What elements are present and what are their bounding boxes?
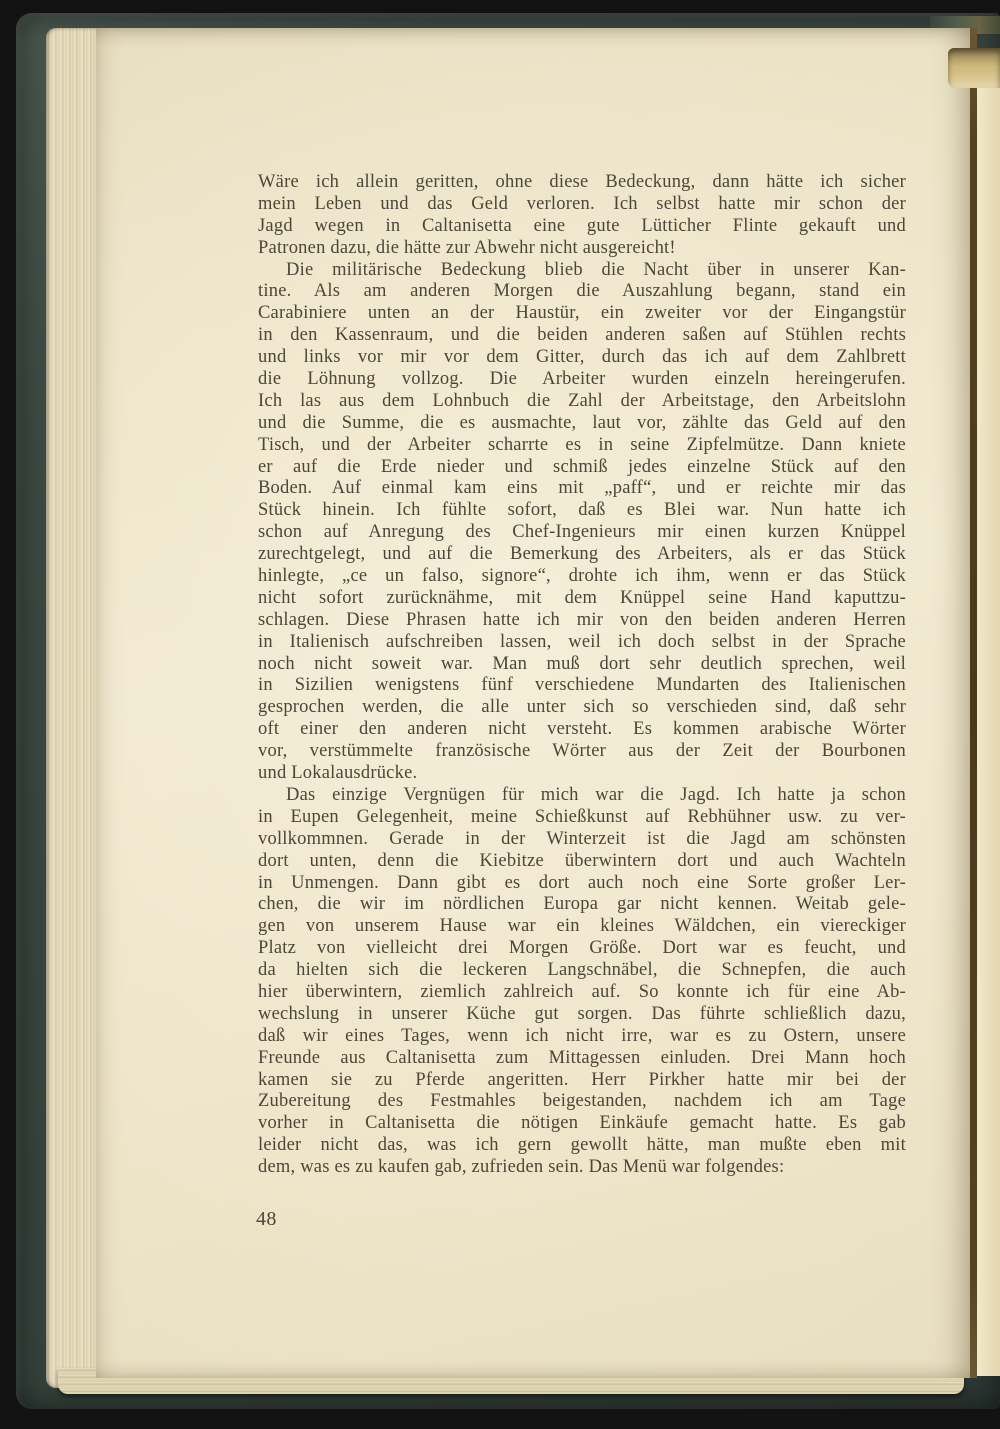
text-line: Das einzige Vergnügen für mich war die J… xyxy=(258,785,906,807)
text-line: Tisch, und der Arbeiter scharrte es in s… xyxy=(258,435,906,457)
screenshot-root: { "book": { "cover_color": "#3d4a43", "p… xyxy=(0,0,1000,1429)
text-line: leider nicht das, was ich gern gewollt h… xyxy=(258,1135,906,1157)
text-line: Wäre ich allein geritten, ohne diese Bed… xyxy=(258,172,906,194)
paragraph: Die militärische Bedeckung blieb die Nac… xyxy=(258,260,906,785)
paragraph: Das einzige Vergnügen für mich war die J… xyxy=(258,785,906,1179)
text-line: Zubereitung des Festmahles beigestanden,… xyxy=(258,1091,906,1113)
page-edges-left xyxy=(46,28,102,1388)
text-line: in den Kassenraum, und die beiden andere… xyxy=(258,325,906,347)
book-page: Wäre ich allein geritten, ohne diese Bed… xyxy=(96,28,973,1378)
gutter-shadow xyxy=(970,28,977,1378)
text-line: vollkommnen. Gerade in der Winterzeit is… xyxy=(258,829,906,851)
text-line: Die militärische Bedeckung blieb die Nac… xyxy=(258,260,906,282)
text-line: hinlegte, „ce un falso, signore“, drohte… xyxy=(258,566,906,588)
text-line: Freunde aus Caltanisetta zum Mittagessen… xyxy=(258,1048,906,1070)
paragraph: Wäre ich allein geritten, ohne diese Bed… xyxy=(258,172,906,260)
text-line: Jagd wegen in Caltanisetta eine gute Lüt… xyxy=(258,216,906,238)
text-line: Boden. Auf einmal kam eins mit „paff“, u… xyxy=(258,478,906,500)
facing-page-sliver xyxy=(977,84,1000,1376)
text-line: die Löhnung vollzog. Die Arbeiter wurden… xyxy=(258,369,906,391)
text-line: vor, verstümmelte französische Wörter au… xyxy=(258,741,906,763)
scanned-book-photo: Wäre ich allein geritten, ohne diese Bed… xyxy=(0,0,1000,1429)
text-line: tine. Als am anderen Morgen die Auszahlu… xyxy=(258,281,906,303)
text-line: Ich las aus dem Lohnbuch die Zahl der Ar… xyxy=(258,391,906,413)
text-line: da hielten sich die leckeren Langschnäbe… xyxy=(258,960,906,982)
text-line: zurechtgelegt, und auf die Bemerkung des… xyxy=(258,544,906,566)
page-number: 48 xyxy=(256,1208,277,1231)
text-line: daß wir eines Tages, wenn ich nicht irre… xyxy=(258,1026,906,1048)
text-line: oft einer den anderen nicht versteht. Es… xyxy=(258,719,906,741)
text-line: vorher in Caltanisetta die nötigen Einkä… xyxy=(258,1113,906,1135)
text-line: Stück hinein. Ich fühlte sofort, daß es … xyxy=(258,500,906,522)
text-line: schlagen. Diese Phrasen hatte ich mir vo… xyxy=(258,610,906,632)
text-line: dort unten, denn die Kiebitze überwinter… xyxy=(258,851,906,873)
text-line: in Unmengen. Dann gibt es dort auch noch… xyxy=(258,873,906,895)
text-line: Patronen dazu, die hätte zur Abwehr nich… xyxy=(258,238,906,260)
text-line: kamen sie zu Pferde angeritten. Herr Pir… xyxy=(258,1070,906,1092)
text-line: hier überwintern, ziemlich zahlreich auf… xyxy=(258,982,906,1004)
text-line: gesprochen werden, die alle unter sich s… xyxy=(258,697,906,719)
text-line: Carabiniere unten an der Haustür, ein zw… xyxy=(258,303,906,325)
text-line: und Lokalausdrücke. xyxy=(258,763,906,785)
text-line: Platz von vielleicht drei Morgen Größe. … xyxy=(258,938,906,960)
page-text: Wäre ich allein geritten, ohne diese Bed… xyxy=(258,172,906,1179)
text-line: er auf die Erde nieder und schmiß jedes … xyxy=(258,457,906,479)
text-line: in Eupen Gelegenheit, meine Schießkunst … xyxy=(258,807,906,829)
text-line: schon auf Anregung des Chef-Ingenieurs m… xyxy=(258,522,906,544)
text-line: gen von unserem Hause war ein kleines Wä… xyxy=(258,916,906,938)
text-line: chen, die wir im nördlichen Europa gar n… xyxy=(258,894,906,916)
text-line: noch nicht soweit war. Man muß dort sehr… xyxy=(258,654,906,676)
text-line: dem, was es zu kaufen gab, zufrieden sei… xyxy=(258,1157,906,1179)
text-line: und links vor mir vor dem Gitter, durch … xyxy=(258,347,906,369)
text-line: in Sizilien wenigstens fünf verschiedene… xyxy=(258,675,906,697)
text-line: mein Leben und das Geld verloren. Ich se… xyxy=(258,194,906,216)
text-line: und die Summe, die es ausmachte, laut vo… xyxy=(258,413,906,435)
text-line: in Italienisch aufschreiben lassen, weil… xyxy=(258,632,906,654)
text-line: wechslung in unserer Küche gut sorgen. D… xyxy=(258,1004,906,1026)
headband-page-curl xyxy=(948,48,1000,88)
text-line: nicht sofort zurücknähme, mit dem Knüppe… xyxy=(258,588,906,610)
